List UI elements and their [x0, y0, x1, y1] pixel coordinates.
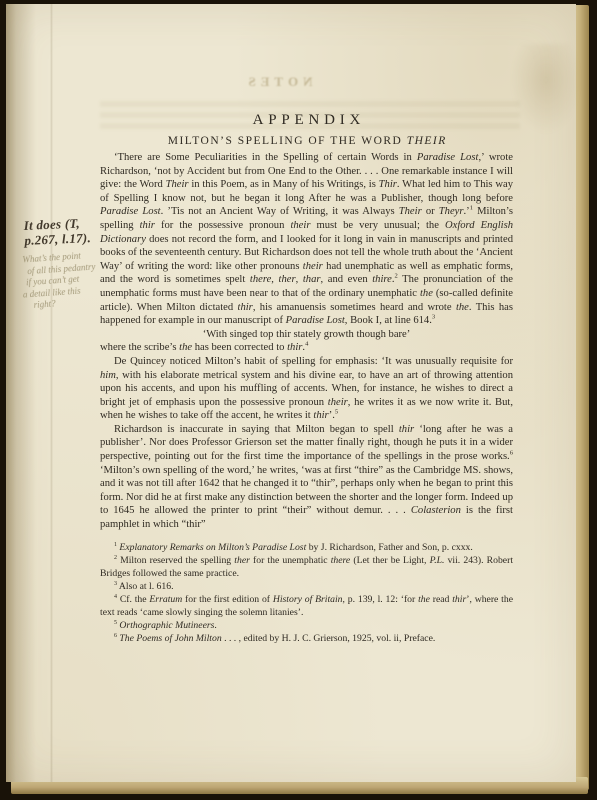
scanned-book-page: NOTES APPENDIX MILTON’S SPELLING OF THE … — [0, 0, 597, 800]
paragraph: ‘There are Some Peculiarities in the Spe… — [100, 151, 513, 328]
paragraph: Richardson is inaccurate in saying that … — [100, 423, 513, 532]
body-text: ‘There are Some Peculiarities in the Spe… — [100, 151, 513, 645]
block-quote: ‘With singed top thir stately growth tho… — [100, 328, 513, 342]
paragraph: De Quincey noticed Milton’s habit of spe… — [100, 355, 513, 423]
footnote: 2 Milton reserved the spelling ther for … — [100, 554, 513, 580]
paper-stain — [511, 44, 581, 134]
paragraph: where the scribe’s the has been correcte… — [100, 341, 513, 355]
footnote: 1 Explanatory Remarks on Milton’s Paradi… — [100, 541, 513, 554]
show-through-text: NOTES — [6, 74, 550, 90]
footnotes: 1 Explanatory Remarks on Milton’s Paradi… — [100, 541, 513, 645]
chapter-title: MILTON’S SPELLING OF THE WORD THEIR — [100, 135, 513, 147]
marginalia-ink-note: It does (T, p.267, l.17). — [23, 214, 114, 248]
marginalia-pencil-note: What’s the point of all this pedantry if… — [22, 248, 126, 312]
footnote: 5 Orthographic Mutineers. — [100, 619, 513, 632]
appendix-heading: APPENDIX — [100, 112, 513, 129]
page-crease — [50, 4, 53, 782]
footnote: 6 The Poems of John Milton . . . , edite… — [100, 632, 513, 645]
footnote: 4 Cf. the Erratum for the first edition … — [100, 593, 513, 619]
footnote: 3 Also at l. 616. — [100, 580, 513, 593]
